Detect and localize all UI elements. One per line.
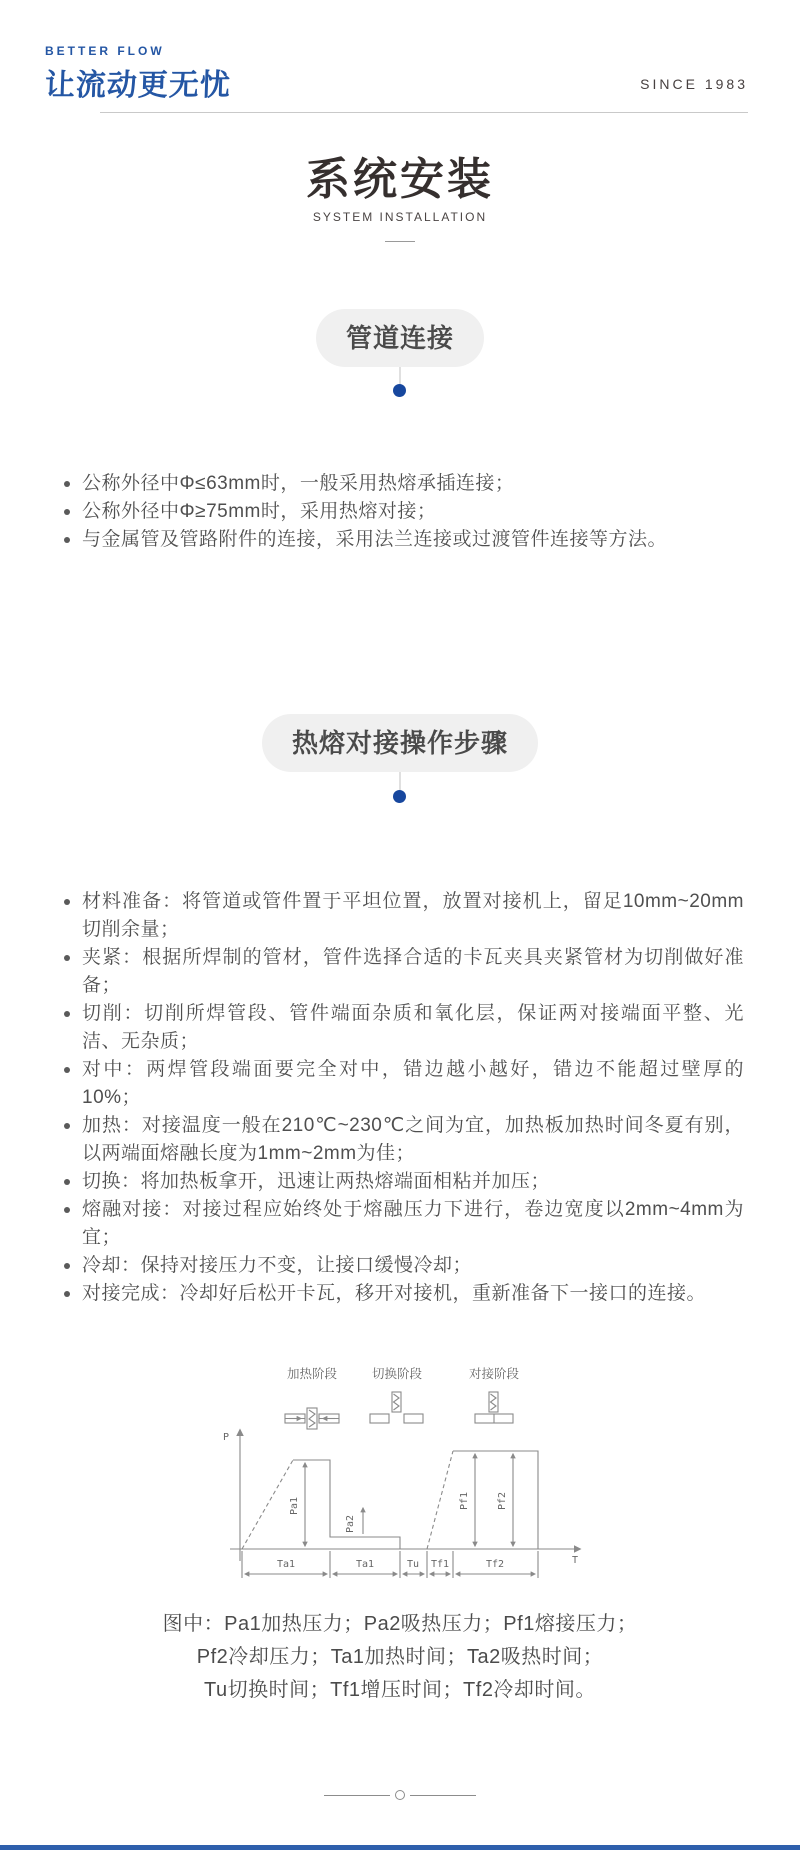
diagram-caption: 图中：Pa1加热压力；Pa2吸热压力；Pf1熔接压力； Pf2冷却压力；Ta1加… xyxy=(0,1608,800,1707)
phase-label-switching: 切换阶段 xyxy=(372,1366,423,1381)
phase-label-heating: 加热阶段 xyxy=(287,1366,338,1381)
list-item: 切削：切削所焊管段、管件端面杂质和氧化层，保证两对接端面平整、光洁、无杂质； xyxy=(62,1000,744,1056)
since-label: SINCE 1983 xyxy=(640,76,748,92)
butt-fusion-steps-list: 材料准备：将管道或管件置于平坦位置，放置对接机上，留足10mm~20mm切削余量… xyxy=(62,888,744,1308)
x-axis-label: T xyxy=(572,1555,578,1566)
phase-label-joining: 对接阶段 xyxy=(469,1366,520,1381)
caption-line: Tu切换时间；Tf1增压时间；Tf2冷却时间。 xyxy=(0,1674,800,1707)
time-label-ta2: Ta1 xyxy=(356,1559,374,1570)
bottom-accent-bar xyxy=(0,1845,800,1850)
pressure-label-pf2: Pf2 xyxy=(497,1492,508,1510)
connector-dot xyxy=(393,790,406,803)
time-label-tf1: Tf1 xyxy=(431,1559,449,1570)
section-butt-fusion-header: 热熔对接操作步骤 xyxy=(0,714,800,772)
footer-divider-line xyxy=(324,1795,390,1796)
footer-divider xyxy=(0,1790,800,1800)
title-underline xyxy=(385,241,415,242)
list-item: 对接完成：冷却好后松开卡瓦，移开对接机，重新准备下一接口的连接。 xyxy=(62,1280,744,1308)
section-pipe-connection-header: 管道连接 xyxy=(0,309,800,367)
pressure-time-diagram: 加热阶段 切换阶段 对接阶段 P T Pa1 Pa2 Pf1 Pf2 Ta1 T… xyxy=(190,1356,600,1581)
list-item: 熔融对接：对接过程应始终处于熔融压力下进行，卷边宽度以2mm~4mm为宜； xyxy=(62,1196,744,1252)
time-label-tu: Tu xyxy=(407,1559,419,1570)
footer-divider-circle xyxy=(395,1790,405,1800)
pressure-label-pf1: Pf1 xyxy=(459,1492,470,1510)
list-item: 材料准备：将管道或管件置于平坦位置，放置对接机上，留足10mm~20mm切削余量… xyxy=(62,888,744,944)
page-title: 系统安装 xyxy=(0,143,800,207)
page: BETTER FLOW 让流动更无忧 SINCE 1983 系统安装 SYSTE… xyxy=(0,0,800,1850)
section-badge-pipe-connection: 管道连接 xyxy=(316,309,484,367)
page-subtitle: SYSTEM INSTALLATION xyxy=(0,210,800,224)
footer-divider-line xyxy=(410,1795,476,1796)
list-item: 加热：对接温度一般在210℃~230℃之间为宜，加热板加热时间冬夏有别，以两端面… xyxy=(62,1112,744,1168)
list-item: 切换：将加热板拿开，迅速让两热熔端面相粘并加压； xyxy=(62,1168,744,1196)
caption-line: 图中：Pa1加热压力；Pa2吸热压力；Pf1熔接压力； xyxy=(0,1608,800,1641)
pipe-connection-list: 公称外径中Φ≤63mm时，一般采用热熔承插连接； 公称外径中Φ≥75mm时，采用… xyxy=(62,470,744,554)
list-item: 冷却：保持对接压力不变，让接口缓慢冷却； xyxy=(62,1252,744,1280)
connector-line xyxy=(399,772,401,790)
pressure-label-pa2: Pa2 xyxy=(345,1515,356,1533)
connector-dot xyxy=(393,384,406,397)
list-item: 公称外径中Φ≥75mm时，采用热熔对接； xyxy=(62,498,744,526)
list-item: 对中：两焊管段端面要完全对中，错边越小越好，错边不能超过壁厚的10%； xyxy=(62,1056,744,1112)
list-item: 公称外径中Φ≤63mm时，一般采用热熔承插连接； xyxy=(62,470,744,498)
time-label-tf2: Tf2 xyxy=(486,1559,504,1570)
connector-line xyxy=(399,367,401,385)
header-divider xyxy=(100,112,748,113)
caption-line: Pf2冷却压力；Ta1加热时间；Ta2吸热时间； xyxy=(0,1641,800,1674)
section-badge-butt-fusion-steps: 热熔对接操作步骤 xyxy=(262,714,538,772)
list-item: 与金属管及管路附件的连接，采用法兰连接或过渡管件连接等方法。 xyxy=(62,526,744,554)
brand-wordmark: 让流动更无忧 xyxy=(44,60,232,104)
time-label-ta1: Ta1 xyxy=(277,1559,295,1570)
brand-logo: BETTER FLOW 让流动更无忧 xyxy=(45,44,231,104)
pressure-label-pa1: Pa1 xyxy=(289,1497,300,1515)
list-item: 夹紧：根据所焊制的管材，管件选择合适的卡瓦夹具夹紧管材为切削做好准备； xyxy=(62,944,744,1000)
brand-tagline: BETTER FLOW xyxy=(45,44,231,58)
y-axis-label: P xyxy=(223,1432,229,1443)
